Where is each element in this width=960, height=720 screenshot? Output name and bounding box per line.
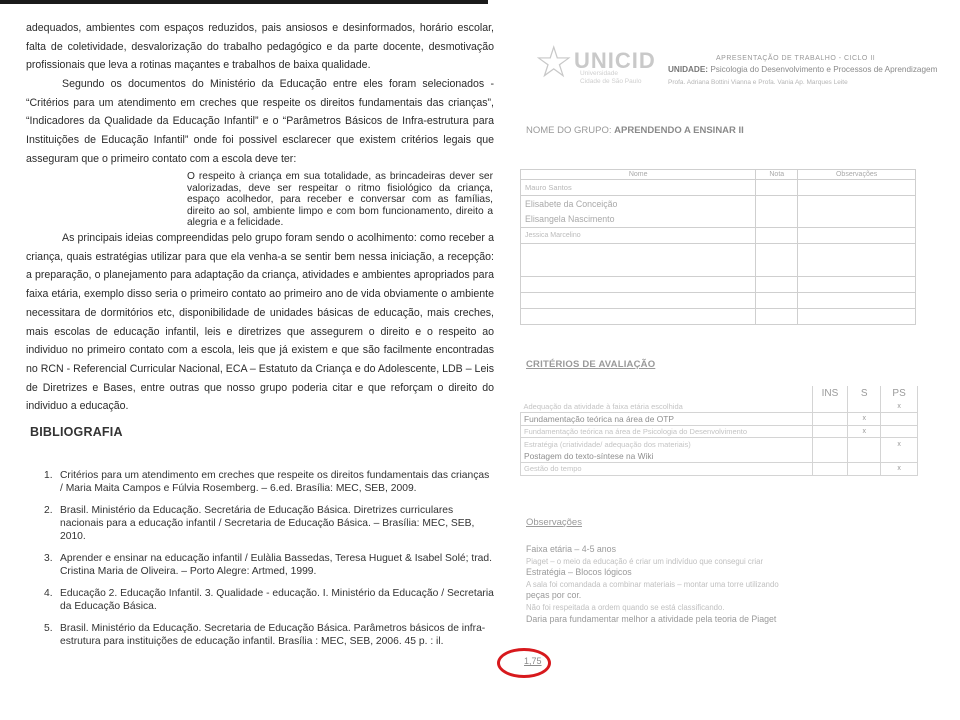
observation-line: Piaget – o meio da educação é criar um i… <box>526 556 946 568</box>
member-grade <box>756 228 798 244</box>
star-icon: ☆ <box>534 40 573 86</box>
member-name: Elisangela Nascimento <box>521 212 756 228</box>
table-row: Fundamentação teórica na área de OTP x <box>521 413 918 426</box>
observation-line: A sala foi comandada a combinar materiai… <box>526 579 946 591</box>
member-obs <box>798 212 916 228</box>
bibliography-text: Brasil. Ministério da Educação. Secretar… <box>60 623 485 647</box>
member-obs <box>798 277 916 293</box>
table-row: Postagem do texto-síntese na Wiki <box>521 450 918 463</box>
table-row <box>521 277 916 293</box>
block-quote: O respeito à criança em sua totalidade, … <box>187 171 493 229</box>
bibliography-heading: BIBLIOGRAFIA <box>30 425 123 439</box>
mark-ps <box>881 425 918 438</box>
criterion-label: Gestão do tempo <box>521 463 813 476</box>
unit-label: UNIDADE: <box>668 65 708 74</box>
mark-ps: x <box>881 400 918 413</box>
paragraph-1: adequados, ambientes com espaços reduzid… <box>26 19 494 75</box>
logo-subtitle: Universidade Cidade de São Paulo <box>580 70 641 86</box>
mark-ps: x <box>881 463 918 476</box>
professors-line: Profa. Adriana Bottini Vianna e Profa. V… <box>668 79 848 86</box>
member-obs <box>798 309 916 325</box>
bibliography-item: 3.Aprender e ensinar na educação infanti… <box>44 552 494 578</box>
observation-line: Faixa etária – 4-5 anos <box>526 544 946 556</box>
bibliography-item: 1.Critérios para um atendimento em crech… <box>44 469 494 495</box>
mark-ins <box>812 438 848 451</box>
unicid-logo: ☆ UNICID Universidade Cidade de São Paul… <box>534 40 654 90</box>
mark-s: x <box>848 425 881 438</box>
member-grade <box>756 244 798 277</box>
header-criterion <box>521 386 813 400</box>
table-row: Elisabete da Conceição <box>521 196 916 212</box>
table-row <box>521 309 916 325</box>
criterion-label: Postagem do texto-síntese na Wiki <box>521 450 813 463</box>
bibliography-item: 2.Brasil. Ministério da Educação. Secret… <box>44 504 494 543</box>
criteria-heading: CRITÉRIOS DE AVALIAÇÃO <box>526 359 655 370</box>
form-title: APRESENTAÇÃO DE TRABALHO - CICLO II <box>716 55 875 62</box>
table-row: Gestão do tempo x <box>521 463 918 476</box>
unit-line: UNIDADE: Psicologia do Desenvolvimento e… <box>668 65 937 74</box>
unit-value: Psicologia do Desenvolvimento e Processo… <box>710 65 937 74</box>
mark-ps <box>881 413 918 426</box>
header-observacoes: Observações <box>798 170 916 180</box>
page-top-border <box>0 0 488 4</box>
group-name: APRENDENDO A ENSINAR II <box>614 125 744 136</box>
criteria-table: INS S PS Adequação da atividade à faixa … <box>520 386 918 476</box>
bibliography-number: 4. <box>44 587 53 600</box>
header-ins: INS <box>812 386 848 400</box>
mark-s <box>848 400 881 413</box>
member-grade <box>756 212 798 228</box>
observations-list: Faixa etária – 4-5 anos Piaget – o meio … <box>526 544 946 625</box>
paragraph-3: As principais ideias compreendidas pelo … <box>26 229 494 416</box>
observation-line: Estratégia – Blocos lógicos <box>526 567 946 579</box>
table-row: Mauro Santos <box>521 180 916 196</box>
mark-s <box>848 438 881 451</box>
member-name: Elisabete da Conceição <box>521 196 756 212</box>
bibliography-text: Critérios para um atendimento em creches… <box>60 470 489 494</box>
mark-ins <box>812 400 848 413</box>
member-name: Mauro Santos <box>521 180 756 196</box>
member-grade <box>756 180 798 196</box>
table-row: Jessica Marcelino <box>521 228 916 244</box>
header-nome: Nome <box>521 170 756 180</box>
header-s: S <box>848 386 881 400</box>
right-page-evaluation-form: ☆ UNICID Universidade Cidade de São Paul… <box>496 0 960 720</box>
group-label: NOME DO GRUPO: <box>526 125 612 136</box>
bibliography-list: 1.Critérios para um atendimento em crech… <box>44 469 494 657</box>
bibliography-number: 5. <box>44 622 53 635</box>
observation-line: Não foi respeitada a ordem quando se est… <box>526 602 946 614</box>
bibliography-number: 3. <box>44 552 53 565</box>
criterion-label: Fundamentação teórica na área de OTP <box>521 413 813 426</box>
header-ps: PS <box>881 386 918 400</box>
table-row: Elisangela Nascimento <box>521 212 916 228</box>
member-obs <box>798 180 916 196</box>
member-obs <box>798 293 916 309</box>
bibliography-item: 4.Educação 2. Educação Infantil. 3. Qual… <box>44 587 494 613</box>
mark-ins <box>812 450 848 463</box>
final-score: 1,75 <box>498 648 550 680</box>
member-name <box>521 293 756 309</box>
criterion-label: Adequação da atividade à faixa etária es… <box>521 400 813 413</box>
member-obs <box>798 228 916 244</box>
mark-ins <box>812 413 848 426</box>
paragraph-2: Segundo os documentos do Ministério da E… <box>26 75 494 169</box>
table-row <box>521 244 916 277</box>
score-value: 1,75 <box>524 656 542 666</box>
header-nota: Nota <box>756 170 798 180</box>
table-row: Fundamentação teórica na área de Psicolo… <box>521 425 918 438</box>
table-row: Adequação da atividade à faixa etária es… <box>521 400 918 413</box>
member-name: Jessica Marcelino <box>521 228 756 244</box>
table-row <box>521 293 916 309</box>
mark-ps <box>881 450 918 463</box>
mark-ins <box>812 463 848 476</box>
mark-s <box>848 463 881 476</box>
mark-s: x <box>848 413 881 426</box>
member-obs <box>798 244 916 277</box>
observation-line: peças por cor. <box>526 590 946 602</box>
left-page-report: adequados, ambientes com espaços reduzid… <box>0 0 496 720</box>
observations-heading: Observações <box>526 517 582 528</box>
member-grade <box>756 293 798 309</box>
logo-subtitle-line-1: Universidade <box>580 70 641 78</box>
bibliography-text: Educação 2. Educação Infantil. 3. Qualid… <box>60 588 494 612</box>
member-obs <box>798 196 916 212</box>
logo-subtitle-line-2: Cidade de São Paulo <box>580 78 641 86</box>
mark-ins <box>812 425 848 438</box>
member-grade <box>756 196 798 212</box>
member-name <box>521 309 756 325</box>
criterion-label: Fundamentação teórica na área de Psicolo… <box>521 425 813 438</box>
bibliography-number: 1. <box>44 469 53 482</box>
member-grade <box>756 309 798 325</box>
table-row: Estratégia (criatividade/ adequação dos … <box>521 438 918 451</box>
criteria-header-row: INS S PS <box>521 386 918 400</box>
members-header-row: Nome Nota Observações <box>521 170 916 180</box>
mark-s <box>848 450 881 463</box>
mark-ps: x <box>881 438 918 451</box>
members-table: Nome Nota Observações Mauro Santos Elisa… <box>520 169 916 325</box>
bibliography-text: Brasil. Ministério da Educação. Secretár… <box>60 505 474 542</box>
criterion-label: Estratégia (criatividade/ adequação dos … <box>521 438 813 451</box>
member-name <box>521 244 756 277</box>
observation-line: Daria para fundamentar melhor a atividad… <box>526 614 946 626</box>
group-name-line: NOME DO GRUPO: APRENDENDO A ENSINAR II <box>526 125 744 136</box>
bibliography-item: 5.Brasil. Ministério da Educação. Secret… <box>44 622 494 648</box>
bibliography-number: 2. <box>44 504 53 517</box>
member-grade <box>756 277 798 293</box>
member-name <box>521 277 756 293</box>
bibliography-text: Aprender e ensinar na educação infantil … <box>60 553 492 577</box>
